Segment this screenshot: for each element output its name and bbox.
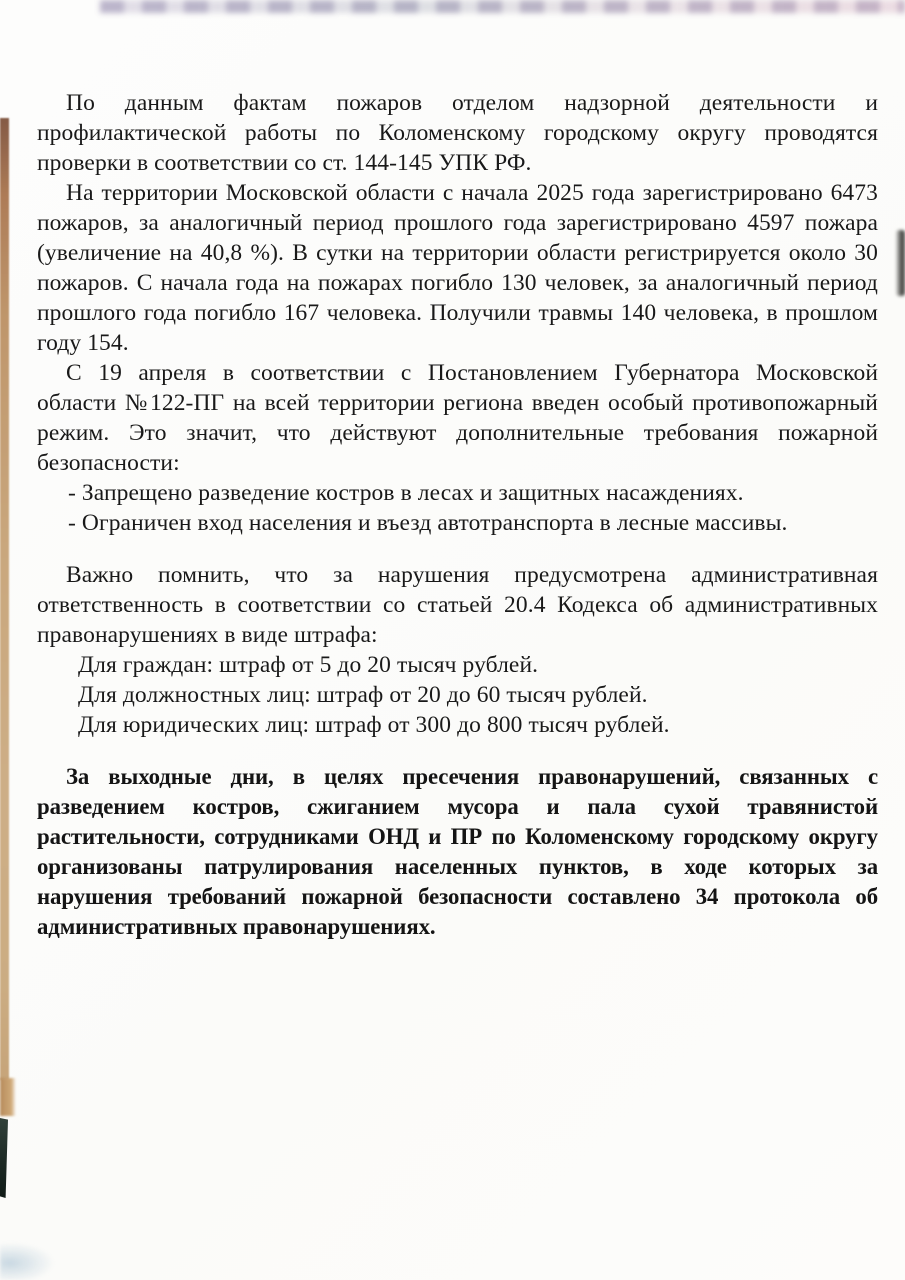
restriction-item-campfires: - Запрещено разведение костров в лесах и… — [68, 478, 878, 508]
paragraph-inspections: По данным фактам пожаров отделом надзорн… — [37, 88, 878, 178]
photo-edge-table-surface — [0, 118, 9, 1080]
photo-bottom-smudge — [0, 1242, 55, 1280]
paragraph-liability: Важно помнить, что за нарушения предусмо… — [37, 560, 878, 650]
photo-edge-shadow — [896, 230, 905, 296]
fines-list: Для граждан: штраф от 5 до 20 тысяч рубл… — [78, 650, 878, 740]
restriction-item-forest-access: - Ограничен вход населения и въезд автот… — [68, 508, 878, 538]
restrictions-list: - Запрещено разведение костров в лесах и… — [68, 478, 878, 538]
page-text: По данным фактам пожаров отделом надзорн… — [37, 88, 878, 942]
paragraph-fire-regime: С 19 апреля в соответствии с Постановлен… — [37, 358, 878, 478]
fine-item-legal-entities: Для юридических лиц: штраф от 300 до 800… — [78, 710, 878, 740]
fine-item-citizens: Для граждан: штраф от 5 до 20 тысяч рубл… — [78, 650, 878, 680]
cropped-text-remnant — [100, 0, 905, 13]
photo-edge-table-surface-bottom — [0, 1078, 16, 1116]
document-photo: По данным фактам пожаров отделом надзорн… — [0, 0, 905, 1280]
fine-item-officials: Для должностных лиц: штраф от 20 до 60 т… — [78, 680, 878, 710]
paragraph-patrols-bold: За выходные дни, в целях пресечения прав… — [37, 762, 878, 942]
photo-edge-dark-object — [0, 1118, 8, 1198]
paragraph-fire-statistics: На территории Московской области с начал… — [37, 178, 878, 358]
